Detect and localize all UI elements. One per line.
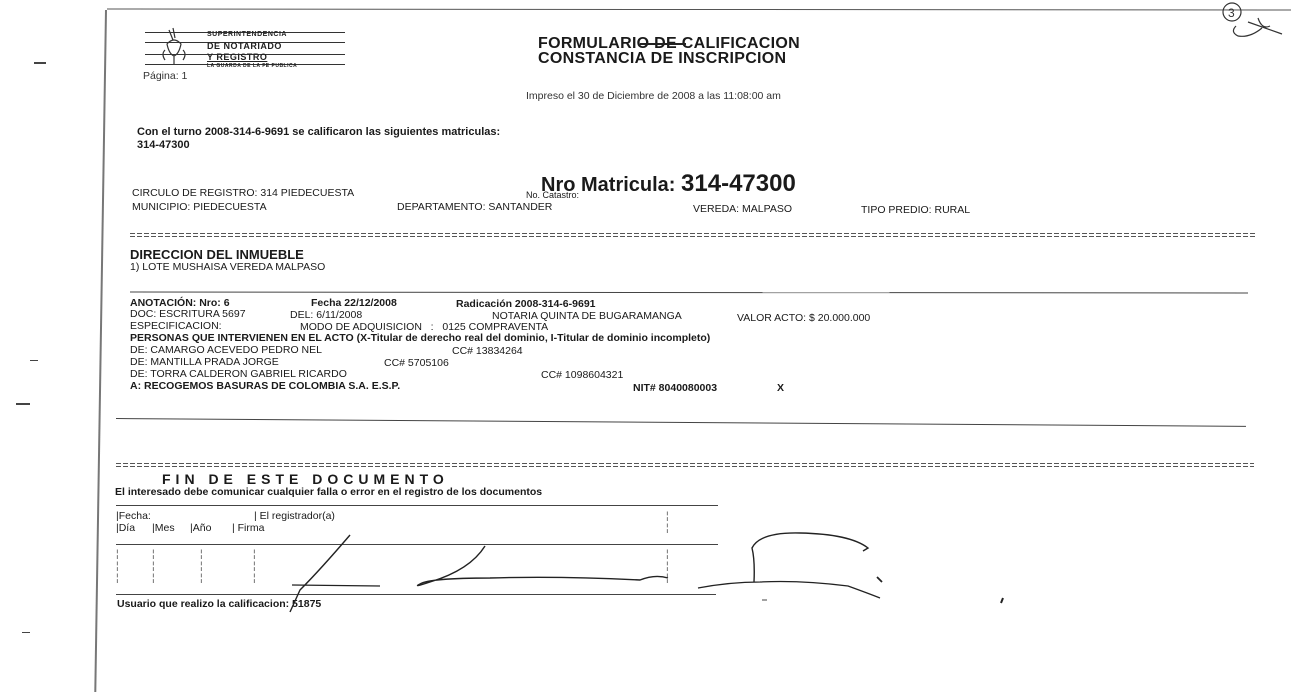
direccion-line: 1) LOTE MUSHAISA VEREDA MALPASO: [130, 261, 325, 273]
separator: [116, 418, 1246, 427]
vereda: VEREDA: MALPASO: [693, 203, 792, 215]
persona-mark: X: [777, 382, 784, 394]
superintendencia-logo: SUPERINTENDENCIA DE NOTARIADO Y REGISTRO…: [145, 24, 345, 68]
page-number: Página: 1: [143, 70, 187, 82]
footer-notice: El interesado debe comunicar cualquier f…: [115, 486, 542, 498]
table-line: [116, 505, 718, 506]
anotacion-del: DEL: 6/11/2008: [290, 309, 362, 321]
registrador-label: | El registrador(a): [254, 510, 335, 522]
page-edge: [94, 10, 107, 692]
table-line: [116, 594, 716, 595]
catastro: No. Catastro:: [526, 190, 579, 200]
matricula-heading: Nro Matricula: 314-47300: [541, 170, 796, 198]
separator: [130, 292, 1248, 294]
svg-text:3: 3: [1228, 6, 1235, 20]
scan-mark: [22, 632, 30, 633]
scan-mark: [16, 403, 30, 405]
anotacion-radicacion: Radicación 2008-314-6-9691: [456, 298, 596, 310]
fecha-label: |Fecha:: [116, 510, 151, 522]
firma-label: | Firma: [232, 522, 264, 534]
persona-name: A: RECOGEMOS BASURAS DE COLOMBIA S.A. E.…: [130, 380, 400, 392]
fin-documento: FIN DE ESTE DOCUMENTO: [162, 471, 449, 487]
anotacion-doc: DOC: ESCRITURA 5697: [130, 308, 246, 320]
anotacion-valor: VALOR ACTO: $ 20.000.000: [737, 312, 870, 324]
anotacion-especificacion: ESPECIFICACION:: [130, 320, 222, 332]
strikethrough-mark: [640, 43, 686, 45]
personas-heading: PERSONAS QUE INTERVIENEN EN EL ACTO (X-T…: [130, 332, 710, 344]
persona-id: NIT# 8040080003: [633, 382, 717, 394]
persona-name: DE: CAMARGO ACEVEDO PEDRO NEL: [130, 344, 322, 356]
scan-mark: [30, 360, 38, 361]
direccion-heading: DIRECCION DEL INMUEBLE: [130, 247, 304, 262]
anotacion-fecha: Fecha 22/12/2008: [311, 297, 397, 309]
mes-label: |Mes: [152, 522, 175, 534]
separator: [130, 233, 1255, 237]
tipo-predio: TIPO PREDIO: RURAL: [861, 204, 970, 216]
departamento: DEPARTAMENTO: SANTANDER: [397, 201, 552, 213]
printed-timestamp: Impreso el 30 de Diciembre de 2008 a las…: [526, 90, 781, 102]
municipio: MUNICIPIO: PIEDECUESTA: [132, 201, 267, 213]
persona-id: CC# 1098604321: [541, 369, 623, 381]
scan-mark: [34, 62, 46, 64]
page-edge-top: [107, 8, 1291, 10]
persona-id: CC# 13834264: [452, 345, 523, 357]
turno-line: Con el turno 2008-314-6-9691 se califica…: [137, 126, 500, 138]
form-title-line2: CONSTANCIA DE INSCRIPCION: [538, 51, 786, 67]
persona-name: DE: MANTILLA PRADA JORGE: [130, 356, 279, 368]
dia-label: |Día: [116, 522, 135, 534]
persona-name: DE: TORRA CALDERON GABRIEL RICARDO: [130, 368, 347, 380]
anio-label: |Año: [190, 522, 211, 534]
persona-id: CC# 5705106: [384, 357, 449, 369]
separator: [116, 463, 1254, 467]
circulo-registro: CIRCULO DE REGISTRO: 314 PIEDECUESTA: [132, 187, 354, 199]
matricula-list: 314-47300: [137, 139, 190, 151]
usuario-calificacion: Usuario que realizo la calificacion: 518…: [117, 598, 321, 610]
matricula-number: 314-47300: [681, 170, 796, 197]
table-line: [116, 544, 718, 545]
